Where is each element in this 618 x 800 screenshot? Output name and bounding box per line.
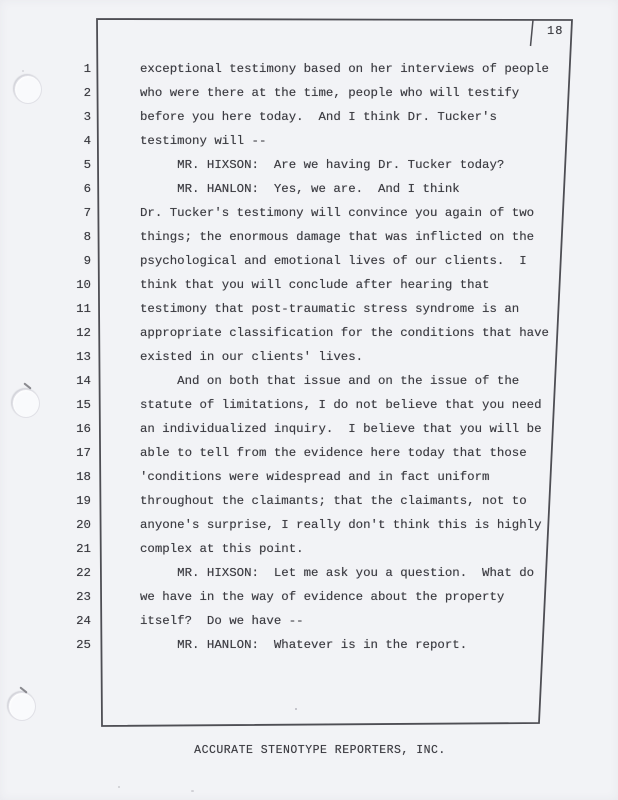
transcript-line: 14 And on both that issue and on the iss… <box>40 369 570 393</box>
line-text: exceptional testimony based on her inter… <box>91 57 570 81</box>
line-text: testimony will -- <box>91 129 570 153</box>
line-text: statute of limitations, I do not believe… <box>91 393 570 417</box>
scan-speck <box>191 790 194 792</box>
transcript-line: 20anyone's surprise, I really don't thin… <box>40 513 570 537</box>
line-text: MR. HIXSON: Are we having Dr. Tucker tod… <box>91 153 570 177</box>
line-number: 8 <box>40 225 91 249</box>
transcript-line: 21complex at this point. <box>40 537 570 561</box>
hole-punch <box>14 75 42 104</box>
transcript-line: 19throughout the claimants; that the cla… <box>40 489 570 513</box>
line-number: 15 <box>40 393 91 417</box>
transcript-line: 15statute of limitations, I do not belie… <box>40 393 570 417</box>
line-text: think that you will conclude after heari… <box>91 273 570 297</box>
reporter-footer: ACCURATE STENOTYPE REPORTERS, INC. <box>100 744 540 757</box>
line-number: 13 <box>40 345 91 369</box>
line-number: 7 <box>40 201 91 225</box>
transcript-line: 22 MR. HIXSON: Let me ask you a question… <box>40 561 570 585</box>
page-number: 18 <box>547 23 563 39</box>
line-number: 12 <box>40 321 91 345</box>
line-text: we have in the way of evidence about the… <box>91 585 570 609</box>
line-text: MR. HANLON: Whatever is in the report. <box>91 633 570 657</box>
scan-speck <box>118 786 120 788</box>
transcript-line: 12appropriate classification for the con… <box>40 321 570 345</box>
line-text: And on both that issue and on the issue … <box>91 369 570 393</box>
page-number-cell-divider <box>531 20 534 46</box>
transcript-line: 4testimony will -- <box>40 129 570 153</box>
line-number: 20 <box>40 513 91 537</box>
transcript-line: 16an individualized inquiry. I believe t… <box>40 417 570 441</box>
line-number: 18 <box>40 465 91 489</box>
line-text: psychological and emotional lives of our… <box>91 249 570 273</box>
line-text: 'conditions were widespread and in fact … <box>91 465 570 489</box>
line-text: appropriate classification for the condi… <box>91 321 570 345</box>
transcript-line: 10think that you will conclude after hea… <box>40 273 570 297</box>
transcript-line: 2who were there at the time, people who … <box>40 81 570 105</box>
transcript-line: 6 MR. HANLON: Yes, we are. And I think <box>40 177 570 201</box>
line-number: 21 <box>40 537 91 561</box>
line-number: 22 <box>40 561 91 585</box>
line-number: 10 <box>40 273 91 297</box>
line-text: MR. HIXSON: Let me ask you a question. W… <box>91 561 570 585</box>
transcript-body: 1exceptional testimony based on her inte… <box>40 57 570 657</box>
transcript-line: 7Dr. Tucker's testimony will convince yo… <box>40 201 570 225</box>
transcript-page: 18 1exceptional testimony based on her i… <box>0 0 618 800</box>
line-text: Dr. Tucker's testimony will convince you… <box>91 201 570 225</box>
transcript-line: 11testimony that post-traumatic stress s… <box>40 297 570 321</box>
line-number: 25 <box>40 633 91 657</box>
hole-punch <box>12 389 40 418</box>
line-number: 1 <box>40 57 91 81</box>
line-number: 6 <box>40 177 91 201</box>
hole-punch <box>8 692 36 721</box>
scan-speck <box>22 70 24 72</box>
line-number: 5 <box>40 153 91 177</box>
transcript-line: 18'conditions were widespread and in fac… <box>40 465 570 489</box>
line-number: 24 <box>40 609 91 633</box>
transcript-line: 3before you here today. And I think Dr. … <box>40 105 570 129</box>
scan-speck <box>295 708 297 710</box>
transcript-line: 25 MR. HANLON: Whatever is in the report… <box>40 633 570 657</box>
line-text: throughout the claimants; that the claim… <box>91 489 570 513</box>
transcript-line: 17able to tell from the evidence here to… <box>40 441 570 465</box>
line-text: things; the enormous damage that was inf… <box>91 225 570 249</box>
line-number: 2 <box>40 81 91 105</box>
line-text: itself? Do we have -- <box>91 609 570 633</box>
line-text: anyone's surprise, I really don't think … <box>91 513 570 537</box>
line-text: testimony that post-traumatic stress syn… <box>91 297 570 321</box>
line-number: 23 <box>40 585 91 609</box>
line-text: complex at this point. <box>91 537 570 561</box>
line-number: 19 <box>40 489 91 513</box>
line-number: 4 <box>40 129 91 153</box>
transcript-line: 9psychological and emotional lives of ou… <box>40 249 570 273</box>
transcript-line: 24itself? Do we have -- <box>40 609 570 633</box>
transcript-line: 13existed in our clients' lives. <box>40 345 570 369</box>
line-text: before you here today. And I think Dr. T… <box>91 105 570 129</box>
line-number: 11 <box>40 297 91 321</box>
line-text: an individualized inquiry. I believe tha… <box>91 417 570 441</box>
line-number: 17 <box>40 441 91 465</box>
transcript-line: 8things; the enormous damage that was in… <box>40 225 570 249</box>
line-text: who were there at the time, people who w… <box>91 81 570 105</box>
line-text: existed in our clients' lives. <box>91 345 570 369</box>
transcript-line: 5 MR. HIXSON: Are we having Dr. Tucker t… <box>40 153 570 177</box>
line-text: MR. HANLON: Yes, we are. And I think <box>91 177 570 201</box>
transcript-line: 1exceptional testimony based on her inte… <box>40 57 570 81</box>
line-number: 14 <box>40 369 91 393</box>
line-text: able to tell from the evidence here toda… <box>91 441 570 465</box>
line-number: 9 <box>40 249 91 273</box>
line-number: 3 <box>40 105 91 129</box>
line-number: 16 <box>40 417 91 441</box>
transcript-line: 23we have in the way of evidence about t… <box>40 585 570 609</box>
